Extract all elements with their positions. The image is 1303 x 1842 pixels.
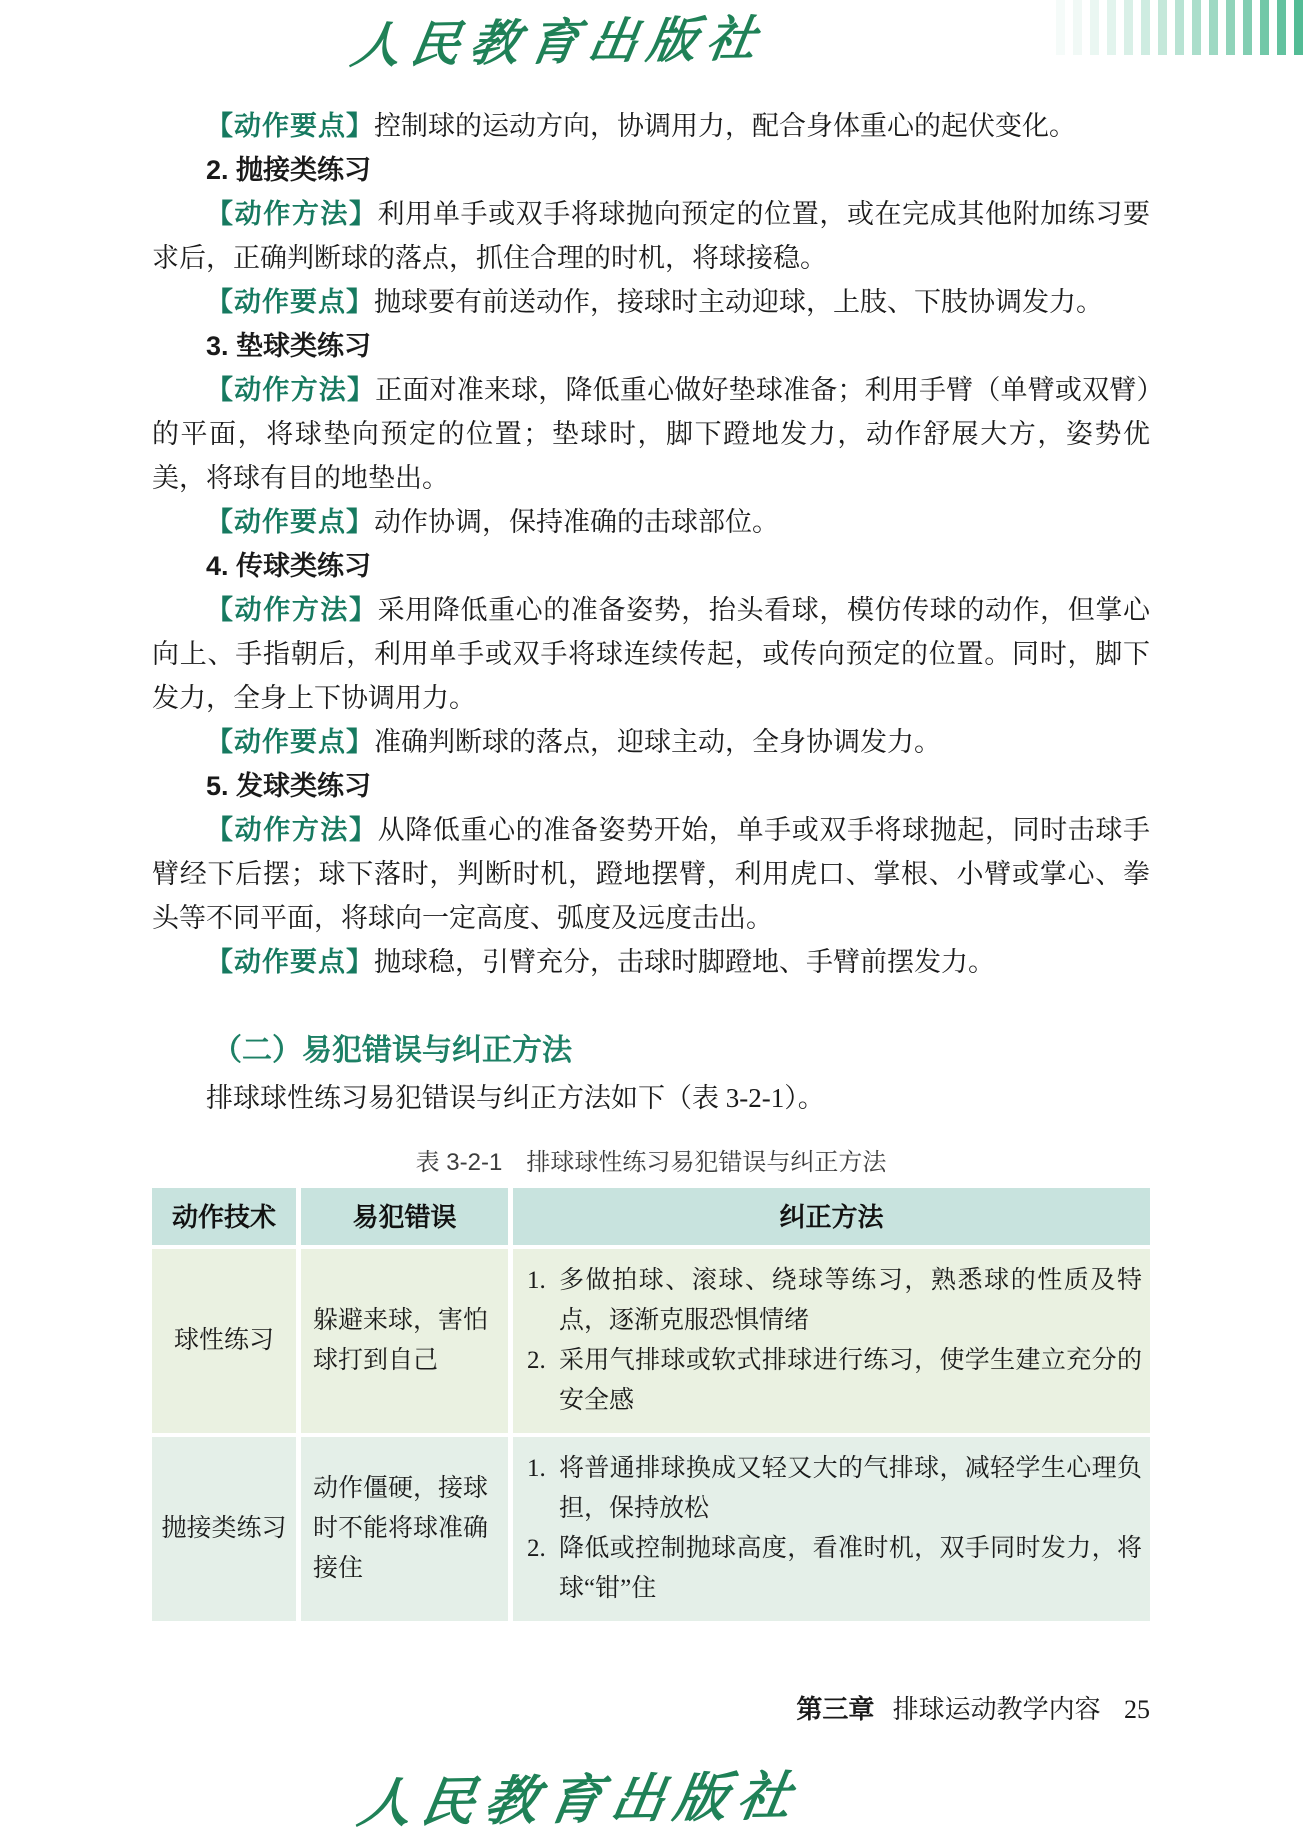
correction-number: 2. — [527, 1341, 559, 1421]
correction-text: 降低或控制抛球高度，看准时机，双手同时发力，将球“钳”住 — [559, 1529, 1142, 1609]
correction-text: 将普通排球换成又轻又大的气排球，减轻学生心理负担，保持放松 — [559, 1449, 1142, 1529]
publisher-logo-text: 人民教育出版社 — [353, 1754, 807, 1838]
table-header-cell: 动作技术 — [152, 1188, 296, 1245]
numbered-heading: 5. 发球类练习 — [152, 764, 1150, 808]
numbered-heading: 2. 抛接类练习 — [152, 148, 1150, 192]
gradient-bar — [1243, 0, 1252, 55]
table-cell-corrections: 1.将普通排球换成又轻又大的气排球，减轻学生心理负担，保持放松2.降低或控制抛球… — [513, 1437, 1150, 1621]
gradient-bar — [1175, 0, 1184, 55]
correction-item: 1.多做拍球、滚球、绕球等练习，熟悉球的性质及特点，逐渐克服恐惧情绪 — [527, 1261, 1142, 1341]
textbook-page: 人民教育出版社 【动作要点】控制球的运动方向，协调用力，配合身体重心的起伏变化。… — [0, 0, 1303, 1842]
labeled-paragraph: 【动作方法】采用降低重心的准备姿势，抬头看球，模仿传球的动作，但掌心向上、手指朝… — [152, 588, 1150, 720]
labeled-paragraph: 【动作要点】准确判断球的落点，迎球主动，全身协调发力。 — [152, 720, 1150, 764]
labeled-paragraph: 【动作方法】利用单手或双手将球抛向预定的位置，或在完成其他附加练习要求后，正确判… — [152, 192, 1150, 280]
correction-item: 1.将普通排球换成又轻又大的气排球，减轻学生心理负担，保持放松 — [527, 1449, 1142, 1529]
gradient-bar — [1209, 0, 1218, 55]
table-cell-technique: 抛接类练习 — [152, 1437, 296, 1621]
publisher-logo-text: 人民教育出版社 — [347, 0, 772, 77]
labeled-paragraph: 【动作要点】抛球稳，引臂充分，击球时脚蹬地、手臂前摆发力。 — [152, 940, 1150, 984]
gradient-bar — [1277, 0, 1286, 55]
table-cell-corrections: 1.多做拍球、滚球、绕球等练习，熟悉球的性质及特点，逐渐克服恐惧情绪2.采用气排… — [513, 1249, 1150, 1433]
labeled-paragraph: 【动作要点】控制球的运动方向，协调用力，配合身体重心的起伏变化。 — [152, 104, 1150, 148]
correction-item: 2.采用气排球或软式排球进行练习，使学生建立充分的安全感 — [527, 1341, 1142, 1421]
publisher-logo-top: 人民教育出版社 — [0, 4, 1120, 74]
table-caption: 表 3-2-1 排球球性练习易犯错误与纠正方法 — [152, 1148, 1150, 1178]
table-cell-technique: 球性练习 — [152, 1249, 296, 1433]
footer-chapter-title: 排球运动教学内容 — [893, 1695, 1101, 1724]
gradient-bar — [1158, 0, 1167, 55]
method-label: 【动作方法】 — [206, 815, 378, 845]
correction-text: 多做拍球、滚球、绕球等练习，熟悉球的性质及特点，逐渐克服恐惧情绪 — [559, 1261, 1142, 1341]
correction-number: 1. — [527, 1261, 559, 1341]
footer-page-number: 25 — [1124, 1695, 1150, 1724]
correction-item: 2.降低或控制抛球高度，看准时机，双手同时发力，将球“钳”住 — [527, 1529, 1142, 1609]
gradient-bar — [1226, 0, 1235, 55]
gradient-bar — [1124, 0, 1133, 55]
table-cell-error: 动作僵硬，接球时不能将球准确接住 — [301, 1437, 508, 1621]
gradient-bar — [1260, 0, 1269, 55]
table-cell-error: 躲避来球，害怕球打到自己 — [301, 1249, 508, 1433]
gradient-bar — [1141, 0, 1150, 55]
correction-text: 采用气排球或软式排球进行练习，使学生建立充分的安全感 — [559, 1341, 1142, 1421]
table-header-cell: 纠正方法 — [513, 1188, 1150, 1245]
numbered-heading: 4. 传球类练习 — [152, 544, 1150, 588]
gradient-bar — [1294, 0, 1303, 55]
keypoint-label: 【动作要点】 — [206, 287, 374, 317]
numbered-heading: 3. 垫球类练习 — [152, 324, 1150, 368]
table-intro-paragraph: 排球球性练习易犯错误与纠正方法如下（表 3-2-1）。 — [152, 1076, 1150, 1120]
labeled-paragraph: 【动作方法】正面对准来球，降低重心做好垫球准备；利用手臂（单臂或双臂）的平面，将… — [152, 368, 1150, 500]
method-label: 【动作方法】 — [206, 375, 375, 405]
corrections-list: 1.多做拍球、滚球、绕球等练习，熟悉球的性质及特点，逐渐克服恐惧情绪2.采用气排… — [527, 1261, 1142, 1421]
page-content: 【动作要点】控制球的运动方向，协调用力，配合身体重心的起伏变化。2. 抛接类练习… — [152, 104, 1150, 1621]
labeled-paragraph: 【动作要点】动作协调，保持准确的击球部位。 — [152, 500, 1150, 544]
footer-chapter-label: 第三章 — [796, 1694, 874, 1724]
corrections-list: 1.将普通排球换成又轻又大的气排球，减轻学生心理负担，保持放松2.降低或控制抛球… — [527, 1449, 1142, 1609]
correction-number: 2. — [527, 1529, 559, 1609]
method-label: 【动作方法】 — [206, 199, 378, 229]
labeled-paragraph: 【动作要点】抛球要有前送动作，接球时主动迎球，上肢、下肢协调发力。 — [152, 280, 1150, 324]
publisher-logo-bottom: 人民教育出版社 — [0, 1758, 1160, 1834]
method-label: 【动作方法】 — [206, 595, 378, 625]
gradient-bar — [1192, 0, 1201, 55]
keypoint-label: 【动作要点】 — [206, 507, 374, 537]
section-heading: （二）易犯错误与纠正方法 — [152, 1028, 1150, 1074]
body-paragraphs: 【动作要点】控制球的运动方向，协调用力，配合身体重心的起伏变化。2. 抛接类练习… — [152, 104, 1150, 984]
labeled-paragraph: 【动作方法】从降低重心的准备姿势开始，单手或双手将球抛起，同时击球手臂经下后摆；… — [152, 808, 1150, 940]
errors-corrections-table: 动作技术易犯错误纠正方法球性练习躲避来球，害怕球打到自己1.多做拍球、滚球、绕球… — [152, 1188, 1150, 1621]
keypoint-label: 【动作要点】 — [206, 111, 374, 141]
table-header-cell: 易犯错误 — [301, 1188, 508, 1245]
page-footer: 第三章排球运动教学内容25 — [796, 1692, 1150, 1727]
correction-number: 1. — [527, 1449, 559, 1529]
keypoint-label: 【动作要点】 — [206, 727, 374, 757]
keypoint-label: 【动作要点】 — [206, 947, 374, 977]
